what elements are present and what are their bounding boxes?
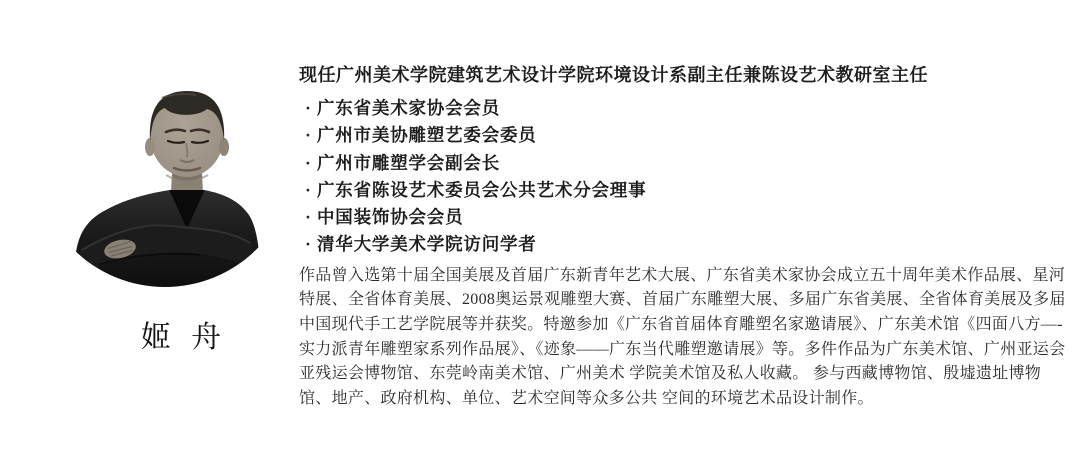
- membership-list: · 广东省美术家协会会员 · 广州市美协雕塑艺委会委员 · 广州市雕塑学会副会长…: [299, 95, 1061, 259]
- membership-label: 中国装饰协会会员: [317, 204, 463, 231]
- bio-line: 作品曾入选第十届全国美展及首届广东新青年艺术大展、广东省美术家协会成立五十周年美…: [299, 264, 1061, 289]
- membership-label: 广州市雕塑学会副会长: [317, 150, 500, 177]
- bio-line: 实力派青年雕塑家系列作品展》、《迹象——广东当代雕塑邀请展》等。多件作品为广东美…: [299, 338, 1061, 363]
- bio-line: 馆、地产、政府机构、单位、艺术空间等众多公共 空间的环境艺术品设计制作。: [299, 387, 1061, 412]
- membership-item: · 中国装饰协会会员: [299, 204, 1061, 231]
- membership-label: 清华大学美术学院访问学者: [317, 231, 537, 258]
- membership-label: 广州市美协雕塑艺委会委员: [317, 122, 537, 149]
- portrait-section: [70, 53, 265, 293]
- portrait-photo: [70, 53, 265, 293]
- bullet-dot-icon: ·: [299, 122, 317, 149]
- position-title: 现任广州美术学院建筑艺术设计学院环境设计系副主任兼陈设艺术教研室主任: [299, 62, 1061, 89]
- bio-line: 特展、全省体育美展、2008奥运景观雕塑大赛、首届广东雕塑大展、多届广东省美展、…: [299, 288, 1061, 313]
- bio-line: 中国现代手工艺学院展等并获奖。特邀参加《广东省首届体育雕塑名家邀请展》、广东美术…: [299, 313, 1061, 338]
- biography-paragraph: 作品曾入选第十届全国美展及首届广东新青年艺术大展、广东省美术家协会成立五十周年美…: [299, 264, 1061, 412]
- membership-item: · 广东省陈设艺术委员会公共艺术分会理事: [299, 177, 1061, 204]
- membership-label: 广东省美术家协会会员: [317, 95, 500, 122]
- membership-item: · 广州市雕塑学会副会长: [299, 150, 1061, 177]
- person-name: 姬 舟: [72, 312, 296, 356]
- bio-section: 现任广州美术学院建筑艺术设计学院环境设计系副主任兼陈设艺术教研室主任 · 广东省…: [299, 62, 1061, 411]
- bio-line: 亚残运会博物馆、东莞岭南美术馆、广州美术 学院美术馆及私人收藏。 参与西藏博物馆…: [299, 362, 1061, 387]
- membership-item: · 广东省美术家协会会员: [299, 95, 1061, 122]
- membership-item: · 广州市美协雕塑艺委会委员: [299, 122, 1061, 149]
- profile-page: { "profile": { "name": "姬 舟", "position_…: [0, 0, 1080, 459]
- bullet-dot-icon: ·: [299, 204, 317, 231]
- membership-item: · 清华大学美术学院访问学者: [299, 231, 1061, 258]
- bullet-dot-icon: ·: [299, 150, 317, 177]
- bullet-dot-icon: ·: [299, 177, 317, 204]
- bullet-dot-icon: ·: [299, 231, 317, 258]
- bullet-dot-icon: ·: [299, 95, 317, 122]
- membership-label: 广东省陈设艺术委员会公共艺术分会理事: [317, 177, 646, 204]
